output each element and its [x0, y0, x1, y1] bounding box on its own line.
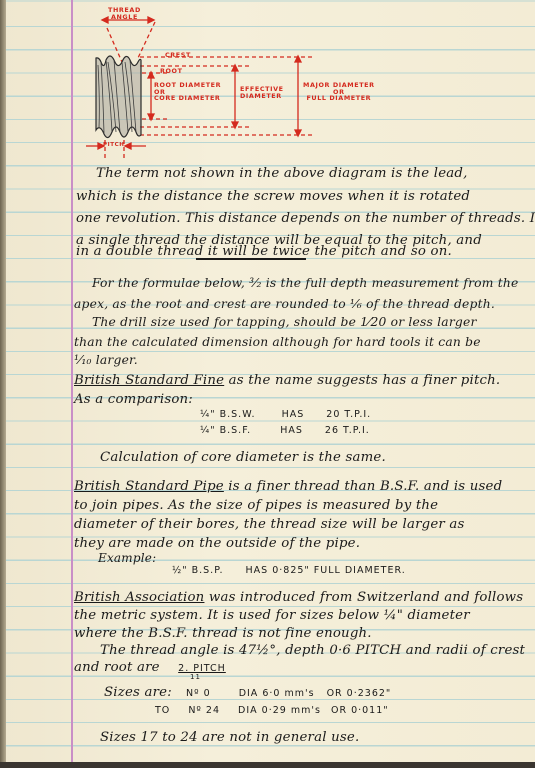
label-crest: CREST [165, 52, 191, 59]
bsf-row-1: ¼" B.S.W. HAS 20 T.P.I. [200, 409, 371, 420]
ba-size-row-2: TO Nº 24 DIA 0·29 mm's OR 0·011" [155, 705, 389, 716]
label-pitch: PITCH [103, 143, 124, 149]
bsp-line-1: British Standard Pipe is a finer thread … [74, 479, 502, 494]
label-major-diameter: MAJOR DIAMETER OR FULL DIAMETER [303, 82, 375, 102]
lead-line-1: The term not shown in the above diagram … [96, 166, 468, 181]
ba-line-3: where the B.S.F. thread is not fine enou… [74, 626, 372, 641]
formulae-line-1: For the formulae below, ³⁄₂ is the full … [92, 276, 519, 290]
ba-angle-line: The thread angle is 47½°, depth 0·6 PITC… [100, 643, 525, 658]
ba-root-value: 2. PITCH [178, 663, 226, 674]
lead-line-5: in a double thread it will be twice the … [76, 244, 452, 259]
bsf-line-1: British Standard Fine as the name sugges… [74, 373, 500, 388]
bsp-line-4: they are made on the outside of the pipe… [74, 536, 360, 551]
label-thread-angle: THREAD ANGLE [108, 7, 141, 20]
section-divider [196, 258, 306, 260]
bsp-line-2: to join pipes. As the size of pipes is m… [74, 498, 438, 513]
ba-root-line: and root are 2. PITCH [74, 660, 226, 675]
page-bottom-edge [0, 762, 535, 768]
ba-sizes-label: Sizes are: [104, 685, 172, 700]
ba-heading: British Association [74, 590, 204, 605]
label-root: ROOT [160, 68, 183, 75]
formulae-line-2: apex, as the root and crest are rounded … [74, 297, 495, 311]
formulae-line-3: The drill size used for tapping, should … [92, 315, 477, 329]
formulae-line-5: ¹⁄₁₀ larger. [74, 353, 138, 367]
ba-root-value-sub: 11 [190, 673, 201, 681]
formulae-line-4: than the calculated dimension although f… [74, 335, 481, 349]
lead-line-3: one revolution. This distance depends on… [76, 211, 535, 226]
bsf-note: Calculation of core diameter is the same… [100, 450, 386, 465]
ba-footer: Sizes 17 to 24 are not in general use. [100, 730, 359, 745]
bsp-example: ½" B.S.P. HAS 0·825" FULL DIAMETER. [172, 565, 406, 576]
ba-size-row-1: Nº 0 DIA 6·0 mm's OR 0·2362" [186, 688, 391, 699]
bsp-example-label: Example: [98, 551, 156, 565]
ba-line-1: British Association was introduced from … [74, 590, 523, 605]
bsf-line-2: As a comparison: [74, 392, 193, 407]
label-root-diameter: ROOT DIAMETER OR CORE DIAMETER [154, 82, 221, 102]
ba-line-2: the metric system. It is used for sizes … [74, 608, 470, 623]
bsp-heading: British Standard Pipe [74, 479, 224, 494]
bsf-heading: British Standard Fine [74, 373, 224, 388]
label-effective-diameter: EFFECTIVE DIAMETER [240, 86, 284, 99]
bsf-row-2: ¼" B.S.F. HAS 26 T.P.I. [200, 425, 370, 436]
bsp-line-3: diameter of their bores, the thread size… [74, 517, 465, 532]
notebook-page: THREAD ANGLE CREST ROOT ROOT DIAMETER OR… [0, 0, 535, 768]
lead-line-2: which is the distance the screw moves wh… [76, 189, 470, 204]
